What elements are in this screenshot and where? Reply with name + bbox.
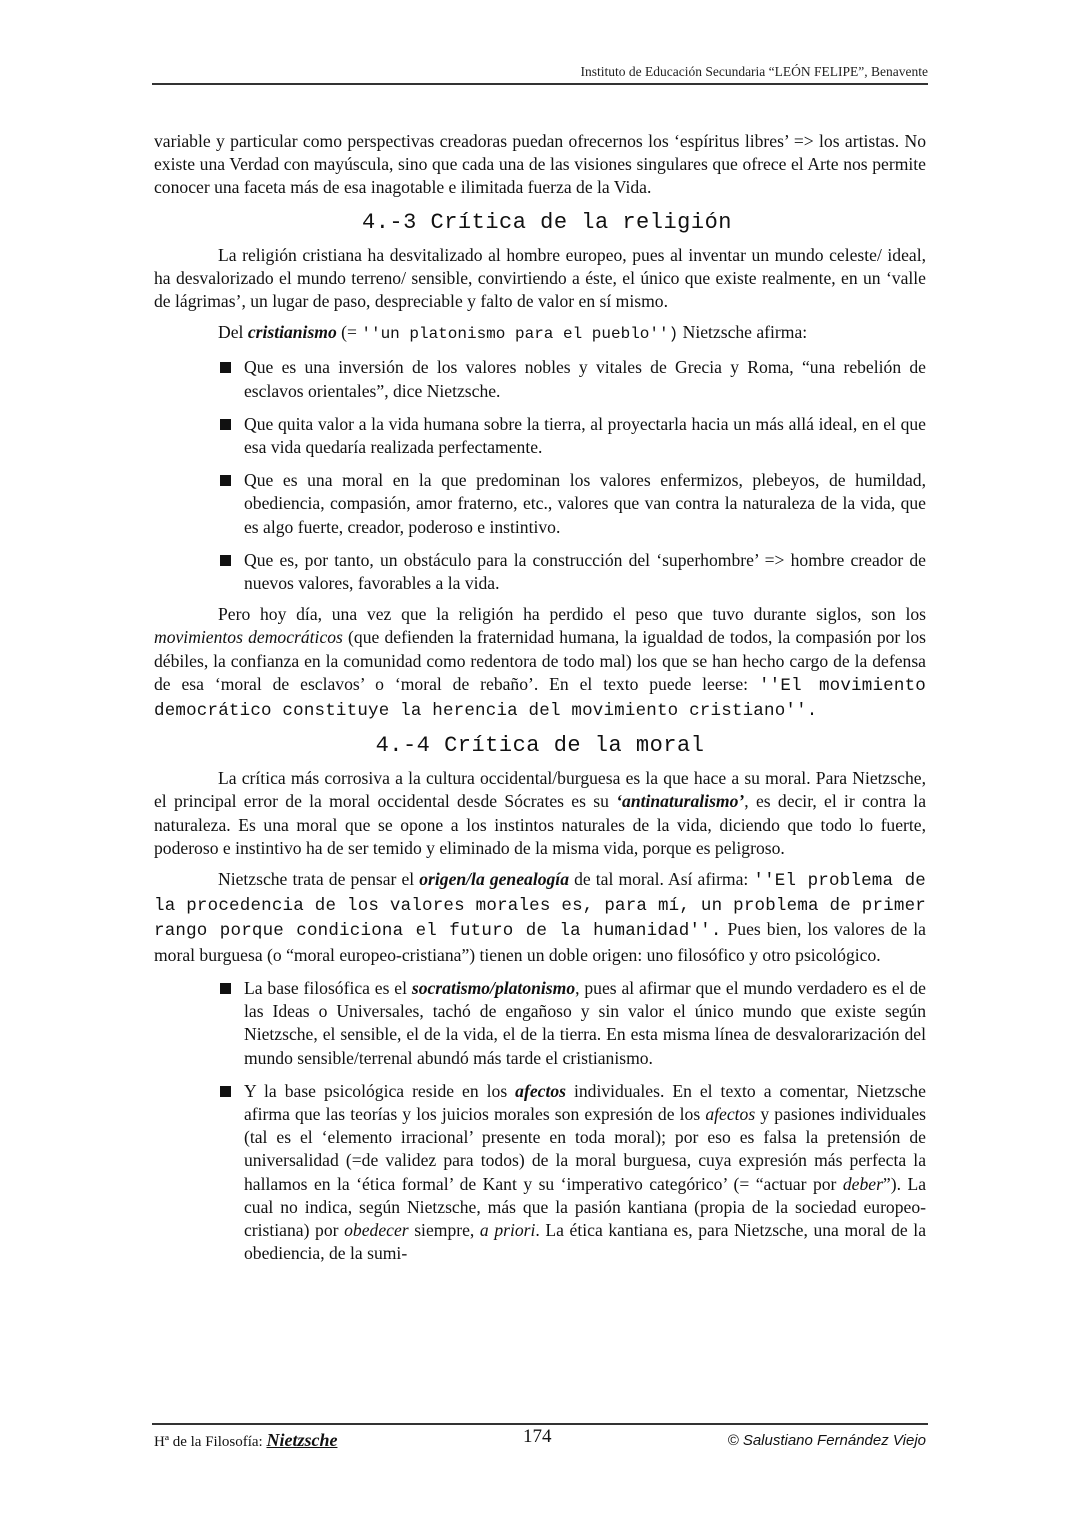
header-institution: Instituto de Educación Secundaria “LEÓN … — [580, 64, 928, 80]
term-deber: deber — [843, 1174, 883, 1194]
term-socratismo-platonismo: socratismo/platonismo — [412, 978, 575, 998]
list-item: Que es, por tanto, un obstáculo para la … — [154, 549, 926, 595]
text-span: Pero hoy día, una vez que la religión ha… — [218, 604, 926, 624]
text-span: La base filosófica es el — [244, 978, 412, 998]
footer-subject-name: Nietzsche — [266, 1430, 337, 1450]
square-bullet-icon — [220, 1086, 231, 1097]
spacer — [154, 860, 926, 868]
spacer — [154, 595, 926, 603]
term-obedecer: obedecer — [344, 1220, 408, 1240]
list-item: La base filosófica es el socratismo/plat… — [154, 977, 926, 1070]
text-span: Nietzsche trata de pensar el — [218, 869, 419, 889]
text-span: Del — [218, 322, 248, 342]
religion-paragraph-1: La religión cristiana ha desvitalizado a… — [154, 244, 926, 314]
list-item: Y la base psicológica reside en los afec… — [154, 1080, 926, 1266]
list-item-text: Que es una inversión de los valores nobl… — [244, 357, 926, 400]
term-antinaturalismo: ‘antinaturalismo’ — [616, 791, 744, 811]
moral-paragraph-1: La crítica más corrosiva a la cultura oc… — [154, 767, 926, 860]
footer-divider — [152, 1423, 928, 1425]
text-span: Nietzsche afirma: — [678, 322, 807, 342]
cristianismo-intro: Del cristianismo (= ''un platonismo para… — [154, 321, 926, 346]
term-afectos-italic: afectos — [705, 1104, 755, 1124]
text-span: (= — [337, 322, 362, 342]
term-afectos: afectos — [515, 1081, 566, 1101]
page-number: 174 — [523, 1426, 552, 1448]
page-content: variable y particular como perspectivas … — [154, 130, 926, 1265]
list-item: Que quita valor a la vida humana sobre l… — [154, 413, 926, 459]
moral-bullet-list: La base filosófica es el socratismo/plat… — [154, 977, 926, 1265]
term-genealogia: origen/la genealogía — [419, 869, 569, 889]
religion-paragraph-2: Pero hoy día, una vez que la religión ha… — [154, 603, 926, 723]
term-a-priori: a priori — [480, 1220, 535, 1240]
section-title-religion: 4.-3 Crítica de la religión — [154, 208, 926, 238]
footer-subject-prefix: Hª de la Filosofía: — [154, 1434, 266, 1450]
document-page: Instituto de Educación Secundaria “LEÓN … — [0, 0, 1080, 1528]
list-item-text: Que quita valor a la vida humana sobre l… — [244, 414, 926, 457]
header-divider — [152, 83, 928, 85]
text-span: Y la base psicológica reside en los — [244, 1081, 515, 1101]
text-span: de tal moral. Así afirma: — [569, 869, 753, 889]
list-item: Que es una moral en la que predominan lo… — [154, 469, 926, 539]
term-cristianismo: cristianismo — [248, 322, 337, 342]
text-span: siempre, — [409, 1220, 480, 1240]
list-item-text: Que es una moral en la que predominan lo… — [244, 470, 926, 536]
footer-copyright: © Salustiano Fernández Viejo — [728, 1432, 926, 1449]
moral-paragraph-2: Nietzsche trata de pensar el origen/la g… — [154, 868, 926, 967]
square-bullet-icon — [220, 419, 231, 430]
footer-subject: Hª de la Filosofía: Nietzsche — [154, 1430, 337, 1451]
square-bullet-icon — [220, 362, 231, 373]
quote-platonismo: ''un platonismo para el pueblo'') — [361, 325, 678, 343]
square-bullet-icon — [220, 475, 231, 486]
list-item-text: Que es, por tanto, un obstáculo para la … — [244, 550, 926, 593]
term-movimientos-democraticos: movimientos democráticos — [154, 627, 343, 647]
section-title-moral: 4.-4 Crítica de la moral — [154, 731, 926, 761]
religion-bullet-list: Que es una inversión de los valores nobl… — [154, 356, 926, 595]
square-bullet-icon — [220, 983, 231, 994]
list-item: Que es una inversión de los valores nobl… — [154, 356, 926, 402]
square-bullet-icon — [220, 555, 231, 566]
intro-paragraph: variable y particular como perspectivas … — [154, 130, 926, 200]
